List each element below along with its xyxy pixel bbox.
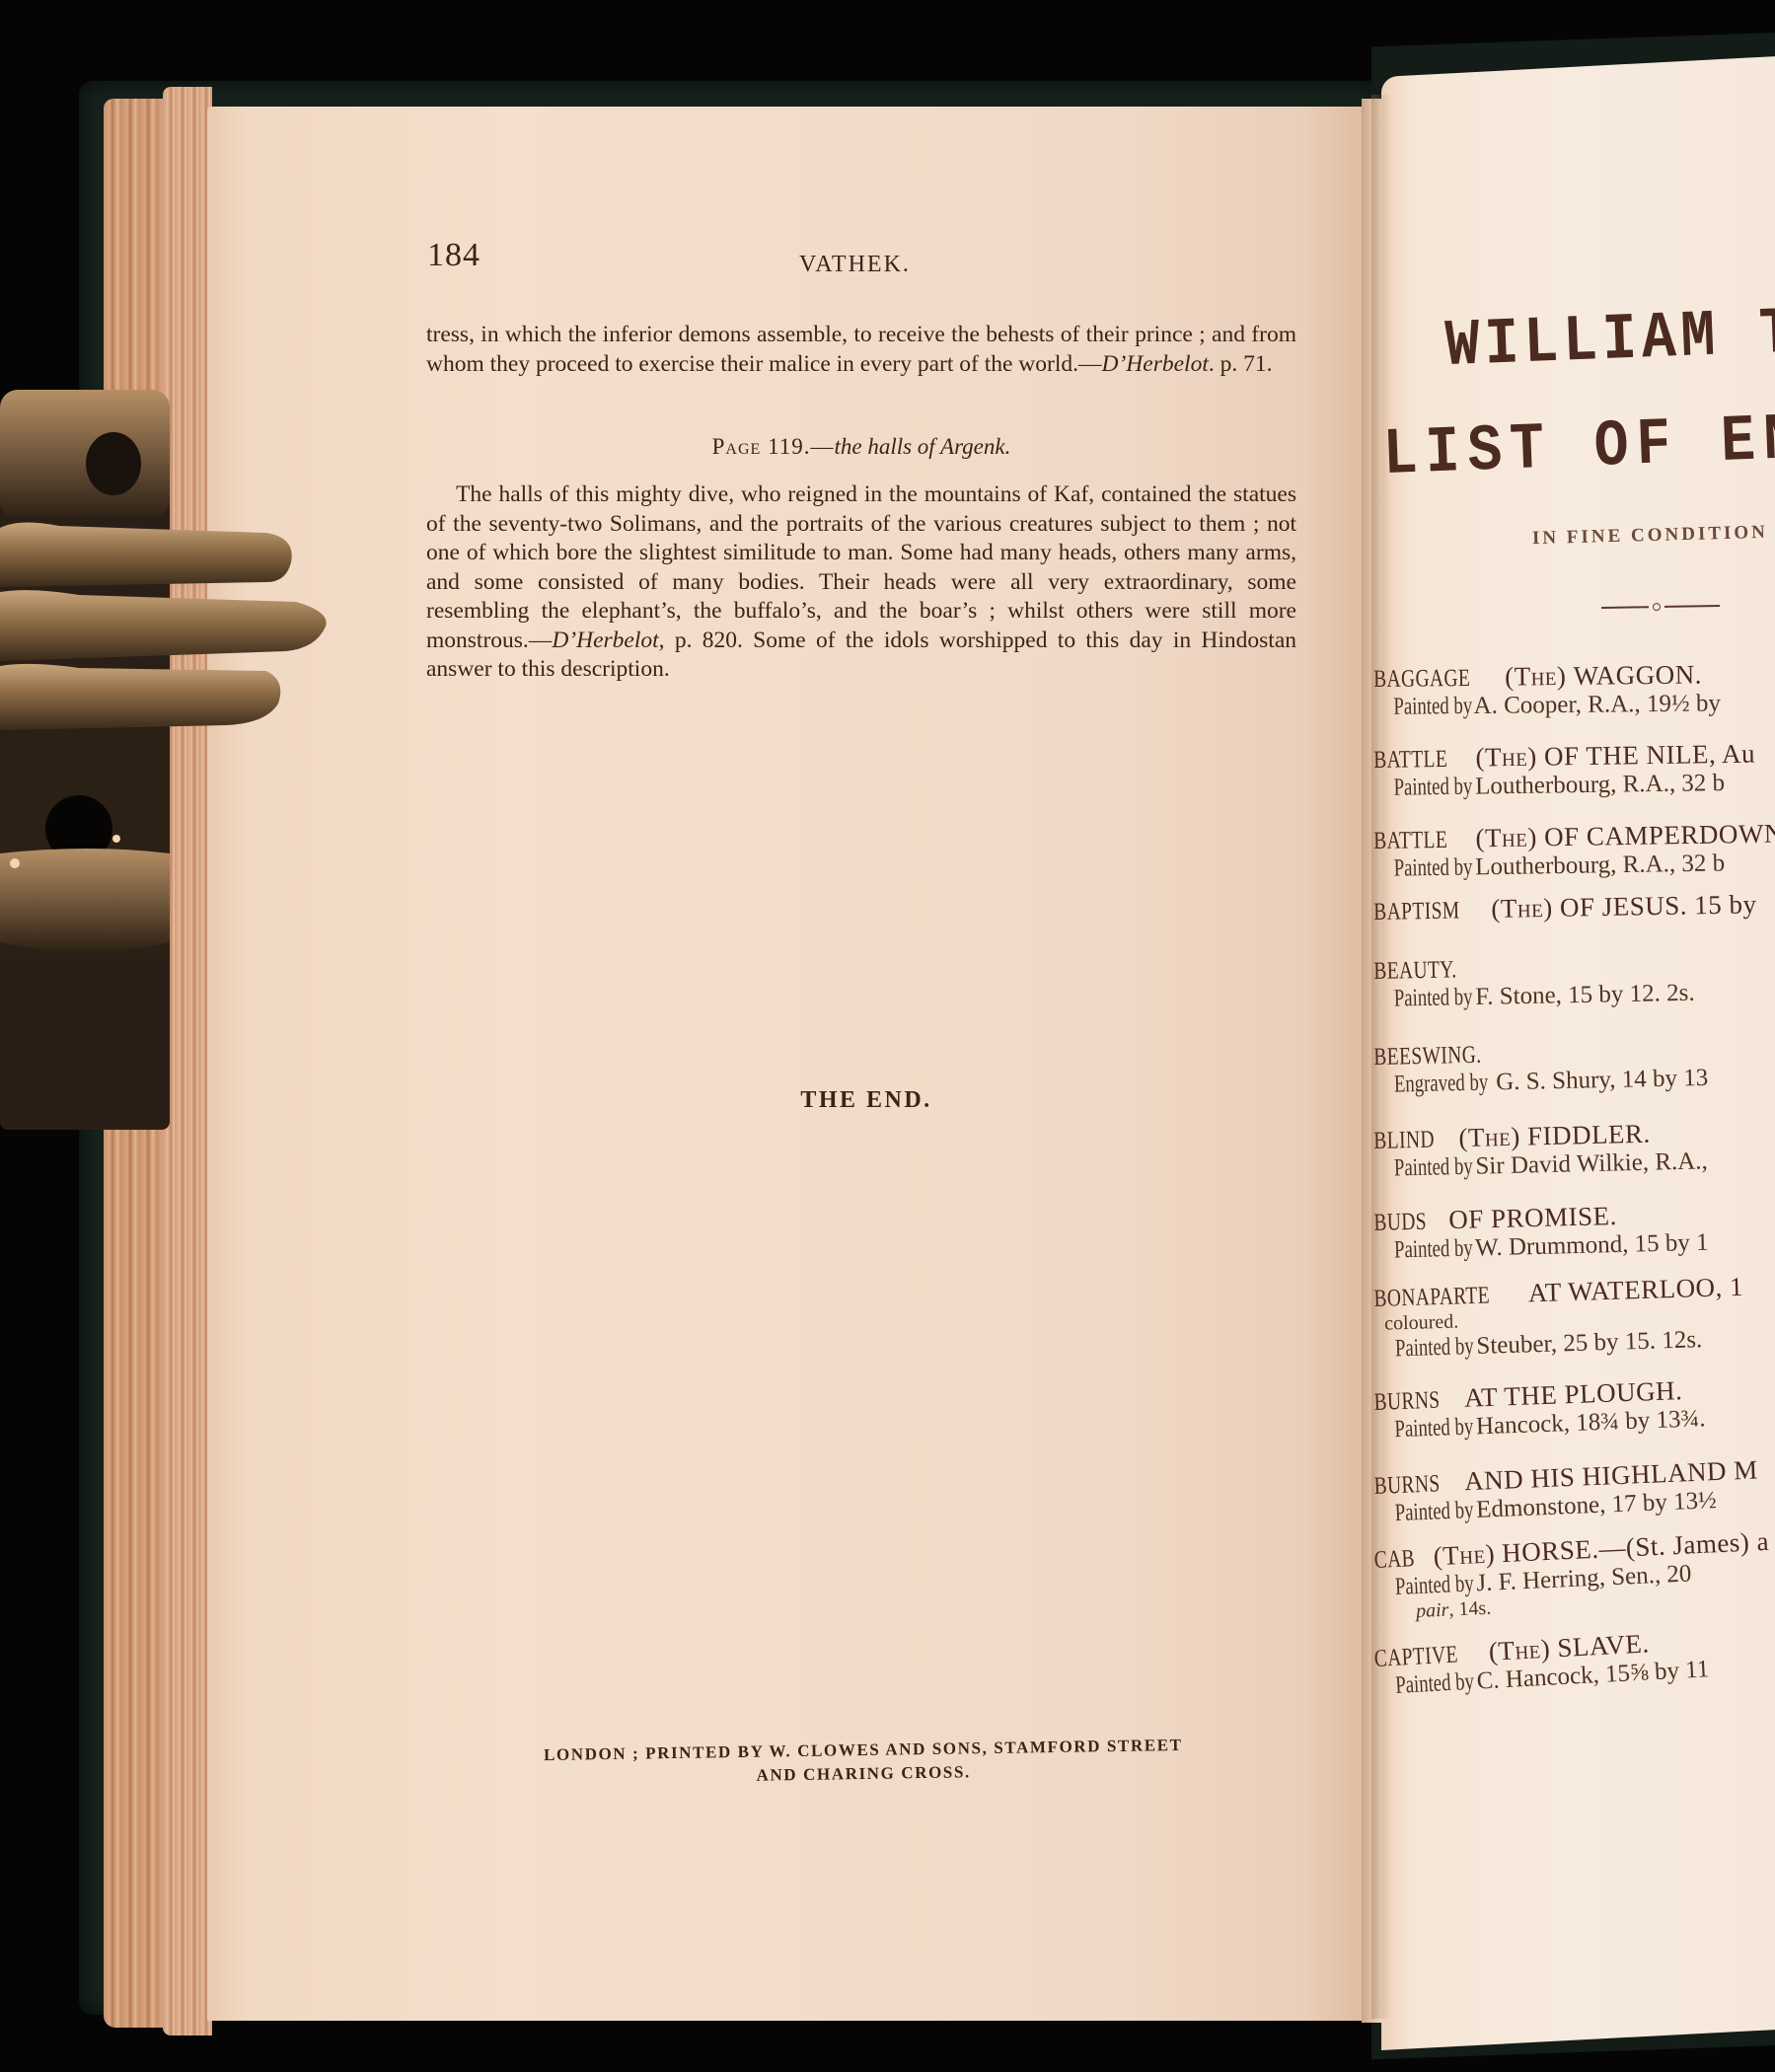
- the-end-heading: THE END.: [426, 1087, 1306, 1114]
- note-paragraph: The halls of this mighty dive, who reign…: [426, 481, 1296, 685]
- entry-artist-line: Painted by A. Cooper, R.A., 19½ by: [1373, 690, 1775, 721]
- citation: D’Herbelot: [1102, 351, 1209, 377]
- catalogue-title: WILLIAM TE: [1444, 296, 1775, 385]
- citation: D’Herbelot: [552, 628, 658, 653]
- page-number: 184: [427, 237, 481, 274]
- engraving-list-item: BEESWING.Engraved by G. S. Shury, 14 by …: [1373, 1032, 1775, 1099]
- brass-clasp-icon: [0, 390, 335, 1140]
- engraving-list-item: BAGGAGE (The) WAGGON.Painted by A. Coope…: [1373, 659, 1775, 721]
- engraving-list-item: BONAPARTE AT WATERLOO, 1coloured.Painted…: [1373, 1271, 1775, 1364]
- running-head: VATHEK.: [799, 252, 911, 278]
- paragraph-continuation: tress, in which the inferior demons asse…: [426, 321, 1296, 379]
- ornament-rule-icon: [1601, 601, 1720, 613]
- engraving-list-item: BLIND (The) FIDDLER.Painted by Sir David…: [1373, 1115, 1775, 1183]
- engraving-list-item: BUDS OF PROMISE.Painted by W. Drummond, …: [1373, 1197, 1775, 1265]
- entry-artist-line: Painted by Loutherbourg, R.A., 32 b: [1373, 769, 1775, 802]
- engraving-list-item: BATTLE (The) OF CAMPERDOWNPainted by Lou…: [1373, 818, 1775, 883]
- engraving-list-item: BATTLE (The) OF THE NILE, AuPainted by L…: [1373, 738, 1775, 802]
- note-heading: Page 119.—the halls of Argenk.: [426, 434, 1296, 460]
- engraving-list-item: BEAUTY.Painted by F. Stone, 15 by 12. 2s…: [1373, 947, 1775, 1013]
- entry-title: BAGGAGE (The) WAGGON.: [1373, 659, 1775, 694]
